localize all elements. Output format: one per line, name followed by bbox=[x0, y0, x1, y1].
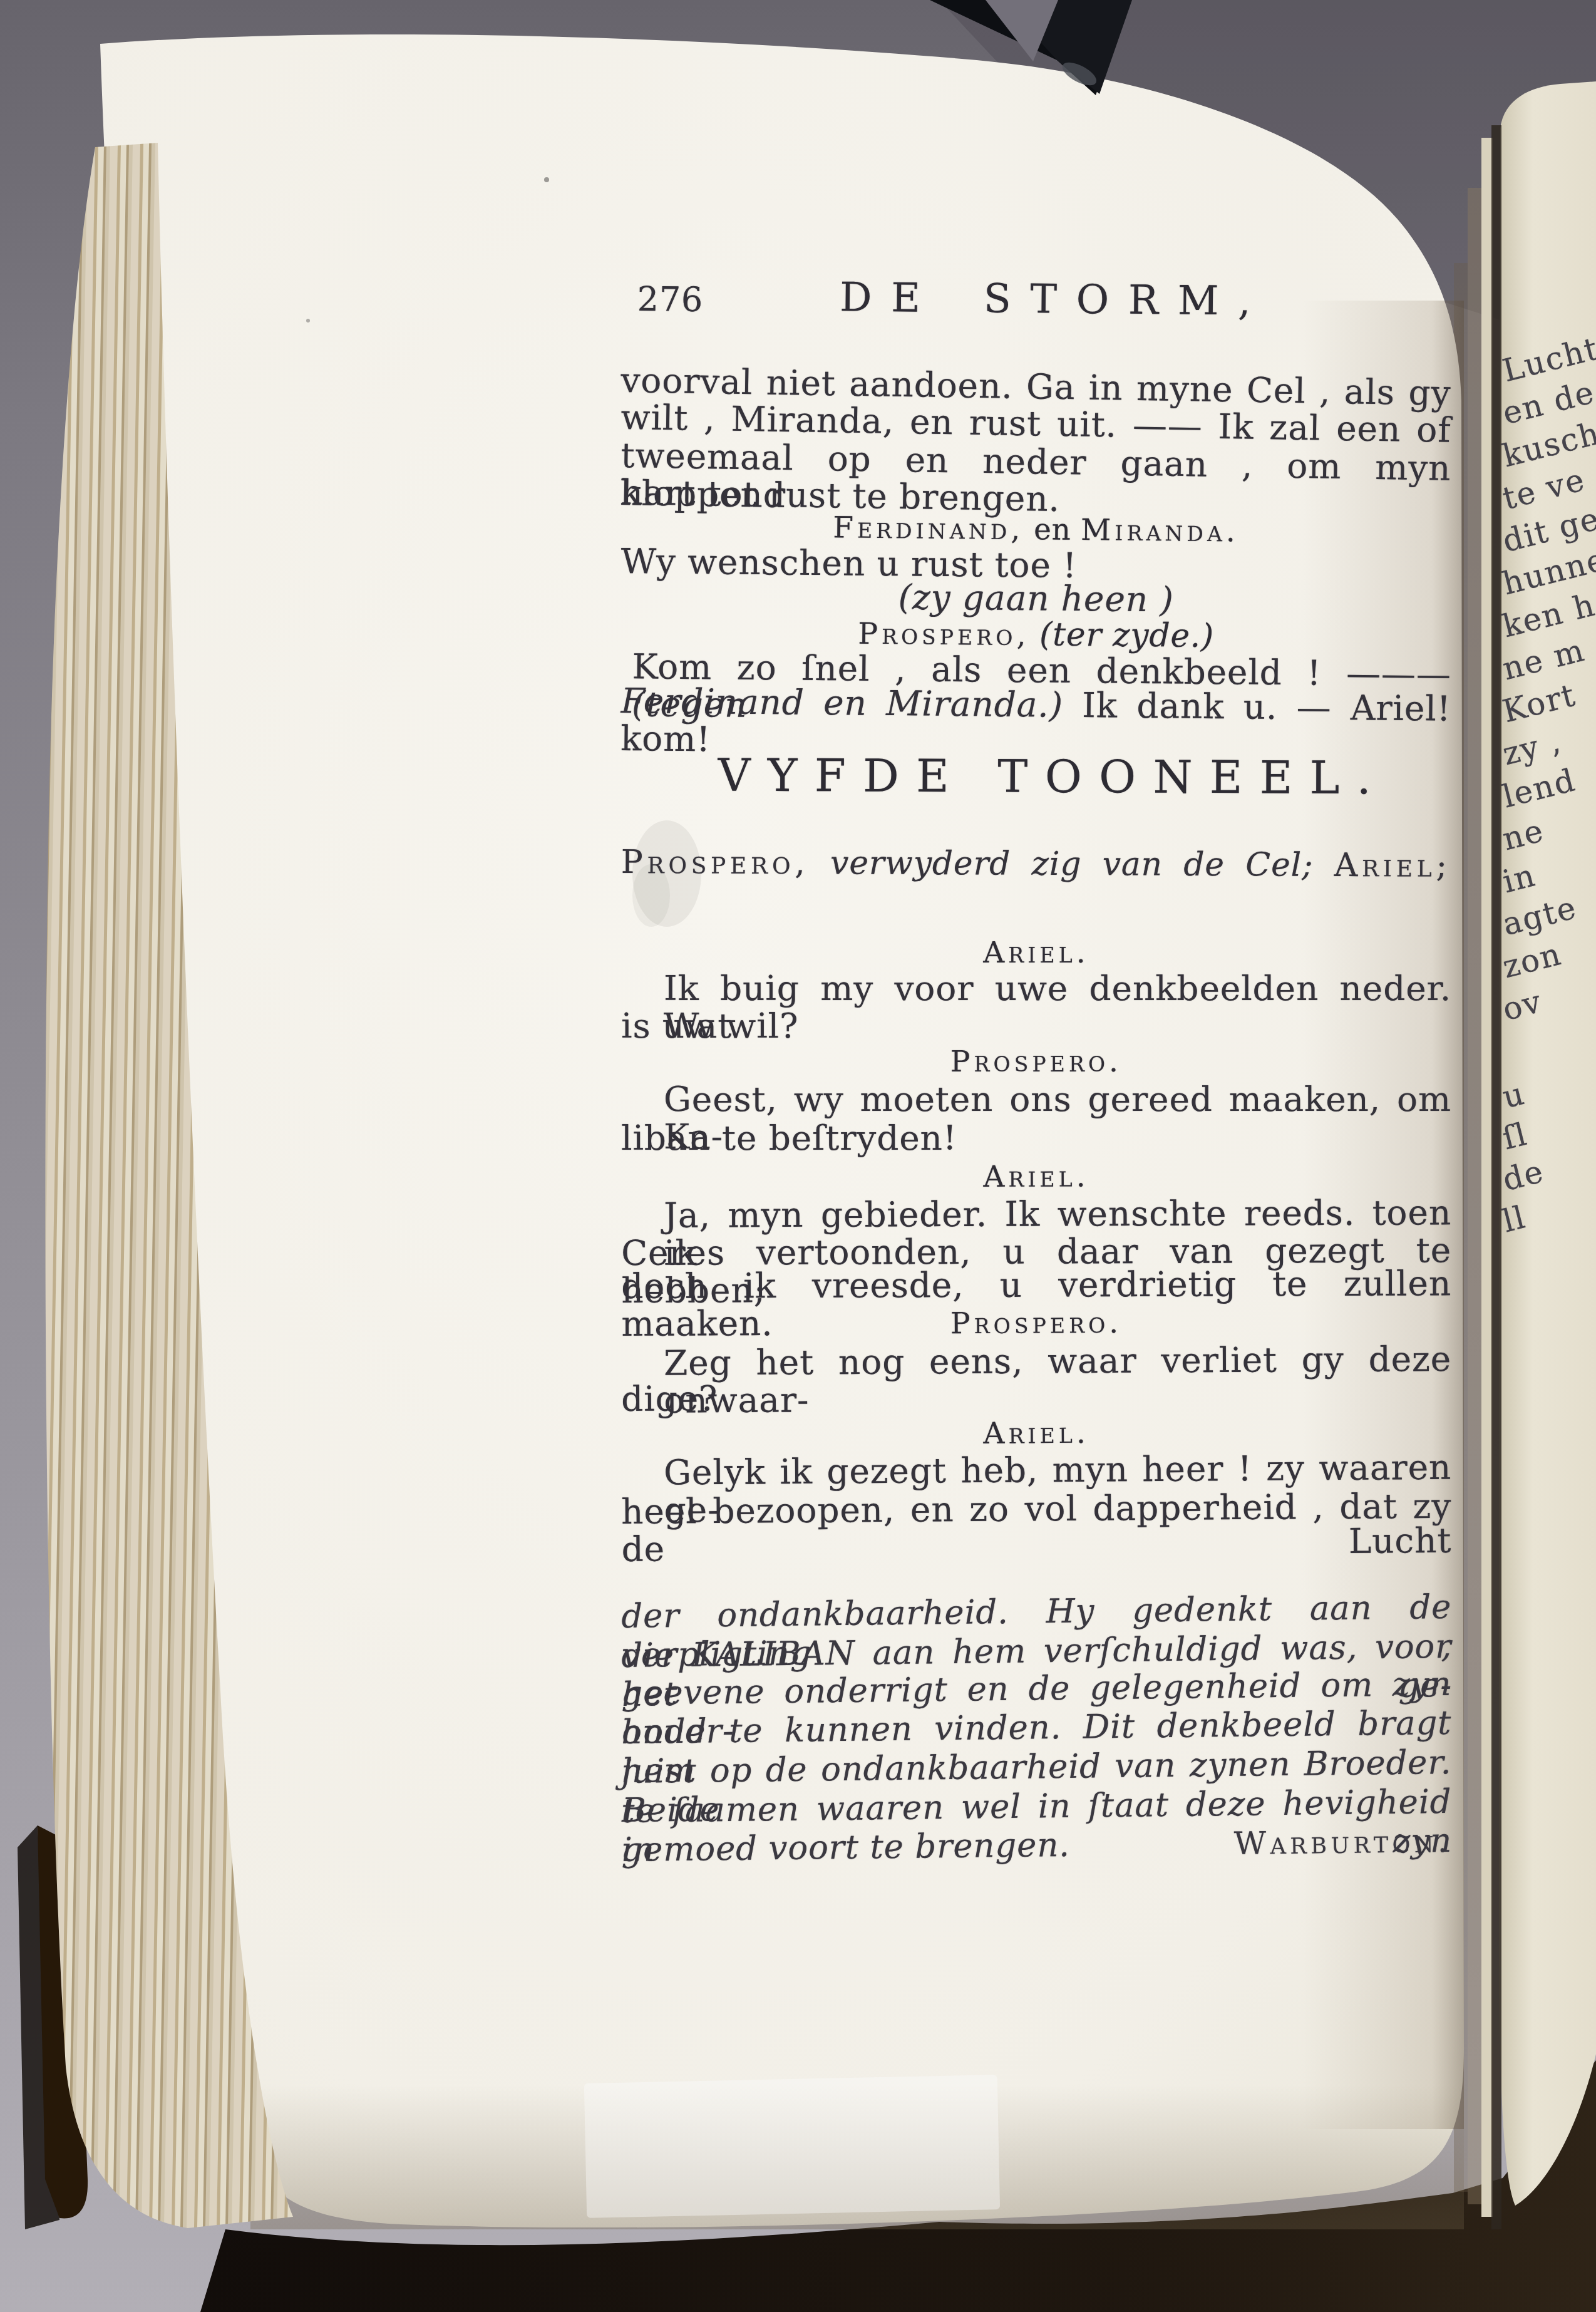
character-name: Prospero, bbox=[621, 844, 810, 882]
stage-direction: (ter zyde.) bbox=[1039, 616, 1214, 655]
character-name: Prospero, bbox=[858, 617, 1030, 653]
facing-page-fragment: ov bbox=[1499, 983, 1546, 1028]
footnote-attribution: Warburton. bbox=[1233, 1822, 1451, 1863]
body-line: dige? bbox=[621, 1376, 1451, 1418]
scene-direction: verwyderd zig van de Cel; bbox=[830, 844, 1313, 884]
facing-page-fragment: de bbox=[1499, 1153, 1548, 1198]
facing-page-fragment: ne bbox=[1499, 812, 1548, 857]
character-name: Miranda. bbox=[1081, 513, 1239, 549]
facing-page-fragment: in bbox=[1499, 857, 1540, 900]
facing-page-fragment: zon bbox=[1499, 936, 1565, 985]
printed-page-text: 276 DE STORM, voorval niet aandoen. Ga i… bbox=[0, 0, 1596, 2312]
scene-description: Prospero, verwyderd zig van de Cel; Arie… bbox=[621, 844, 1451, 885]
facing-page-fragment: u bbox=[1499, 1075, 1528, 1116]
speaker-heading: Prospero. bbox=[621, 1303, 1451, 1344]
conjunction: en bbox=[1034, 512, 1071, 547]
facing-page-fragment: ll bbox=[1499, 1199, 1530, 1239]
body-line: liban te beſtryden! bbox=[621, 1119, 1451, 1157]
catchword: Lucht bbox=[621, 1522, 1451, 1565]
footnote-closing: gemoed voort te brengen. bbox=[621, 1826, 1070, 1870]
character-name: Ferdinand, bbox=[833, 510, 1024, 547]
speaker-heading: Ariel. bbox=[621, 1157, 1451, 1197]
speaker-heading: Ariel. bbox=[621, 934, 1451, 972]
body-line: is uw wil? bbox=[621, 1007, 1451, 1045]
book-photo: 276 DE STORM, voorval niet aandoen. Ga i… bbox=[0, 0, 1596, 2312]
scene-heading: VYFDE TOONEEL. bbox=[621, 756, 1468, 797]
facing-page-fragment: ſl bbox=[1499, 1116, 1531, 1157]
speaker-heading: Prospero. bbox=[621, 1043, 1451, 1081]
character-name: Ariel; bbox=[1334, 847, 1451, 885]
running-title: DE STORM, bbox=[620, 277, 1470, 323]
